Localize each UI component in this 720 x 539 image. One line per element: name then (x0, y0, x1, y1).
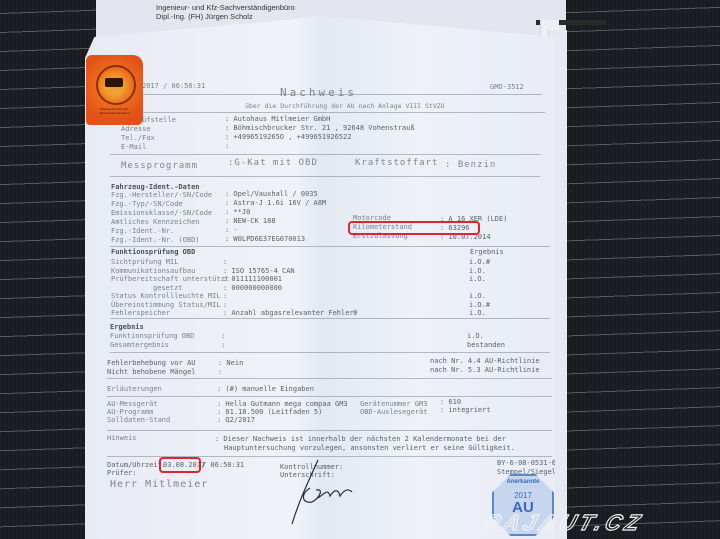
divider (110, 318, 550, 319)
field-label: Fzg.-Ident.-Nr. (OBD) (111, 236, 200, 244)
emission-sticker: Überwacht durch Kfz-Sachverständigenbüro (86, 55, 143, 125)
examiner-name: Herr Mitlmeier (110, 481, 208, 489)
obd-check-label: Sichtprüfung MIL (111, 258, 178, 266)
obd-check-value: : ISO 15765-4 CAN (223, 267, 295, 275)
field-label: Funktionsprüfung OBD (110, 332, 194, 340)
divider (110, 154, 540, 155)
obd-check-label: Übereinstimmung Status/MIL (111, 301, 221, 309)
obd-check-value: : Anzahl abgasrelevanter Fehler: (223, 309, 358, 317)
field-label: Nicht behobene Mängel (107, 368, 196, 376)
field-label: Gesamtergebnis (110, 341, 169, 349)
divider (105, 112, 545, 113)
divider (110, 352, 550, 353)
hint-text: Hauptuntersuchung vorzulegen, ansonsten … (224, 444, 515, 452)
field-value: : +4996519265O , +499651926522 (225, 133, 351, 141)
field-label: Fzg.-Ident.-Nr. (111, 227, 174, 235)
field-value: : Opel/Vauxhall / 0035 (225, 190, 318, 198)
document-subtitle: über die Durchführung der AU nach Anlage… (245, 102, 445, 110)
letterhead-line-1: Ingenieur- und Kfz-Sachverständigenbüro (156, 3, 295, 12)
field-value: : NEW-CK 188 (225, 217, 276, 225)
fault-count: 0 (353, 309, 357, 317)
field-value: : Autohaus Mitlmeier GmbH (225, 115, 330, 123)
regulation-note: nach Nr. 4.4 AU-Richtlinie (430, 357, 540, 365)
sticker-caption: Überwacht durch Kfz-Sachverständigenbüro (89, 107, 140, 115)
obd-check-result: i.O. (469, 309, 486, 317)
divider (107, 378, 552, 379)
overall-result: bestanden (467, 341, 505, 349)
obd-check-label: Status Kontrollleuchte MIL (111, 292, 221, 300)
hint-label: Hinweis (107, 434, 137, 442)
obd-check-label: Kommunikationsaufbau (111, 267, 195, 275)
field-value: : Q2/2017 (217, 416, 255, 424)
field-label: Amtliches Kennzeichen (111, 218, 200, 226)
regulation-note: nach Nr. 5.3 AU-Richtlinie (430, 366, 540, 374)
top-datetime: 2017 / 06:50:31 (142, 82, 205, 90)
field-label: AU-Programm (107, 408, 153, 416)
field-value: : (221, 341, 225, 349)
obd-check-value: : 011111100001 (223, 275, 282, 283)
obd-check-label: gesetzt (153, 284, 183, 292)
date-highlight-box (159, 457, 201, 473)
obd-check-result: i.O. (469, 292, 486, 300)
field-value: : - (225, 226, 238, 234)
field-label: Gerätenummer GM3 (360, 400, 427, 408)
obd-check-result: i.O.# (469, 258, 490, 266)
field-value: : (225, 142, 229, 150)
field-value: : (218, 368, 222, 376)
mileage-highlight-box (348, 221, 480, 235)
notes-label: Erläuterungen (107, 385, 162, 393)
letterhead: Ingenieur- und Kfz-Sachverständigenbüro … (156, 3, 295, 21)
signature (290, 458, 360, 528)
field-label: Emissionsklasse/-SN/Code (111, 209, 212, 217)
car-icon (105, 78, 123, 87)
obd-check-result: i.O.# (469, 301, 490, 309)
field-label: Solldaten-Stand (107, 416, 170, 424)
program-value: :G-Kat mit OBD (228, 159, 318, 167)
obd-check-label: Fehlerspeicher (111, 309, 170, 317)
vehicle-heading: Fahrzeug-Ident.-Daten (111, 183, 200, 191)
field-label: E-Mail (121, 143, 146, 151)
field-label: Adresse (121, 125, 151, 133)
hint-text: : Dieser Nachweis ist innerhalb der näch… (215, 435, 506, 443)
obd-check-value: : (223, 301, 227, 309)
divider (107, 430, 552, 431)
divider (110, 246, 550, 247)
field-value: : Böhmischbrucker Str. 21 , 92648 Vohens… (225, 124, 415, 132)
fuel-label: Kraftstoffart (355, 159, 438, 167)
obd-check-value: : (223, 258, 227, 266)
program-label: Messprogramm (121, 162, 198, 170)
field-value: : Hella Gutmann mega compaa GM3 (217, 400, 348, 408)
obd-check-value: : (223, 292, 227, 300)
obd-check-label: Prüfbereitschaft unterstützt (111, 275, 229, 283)
field-value: : Nein (218, 359, 243, 367)
field-label: Fehlerbehebung vor AU (107, 359, 196, 367)
notes-value: : (#) manuelle Eingaben (217, 385, 314, 393)
document-title: Nachweis (280, 89, 357, 97)
field-value: : W0LPD6E37EG070013 (225, 235, 305, 243)
stamp-code: BY-6-08-0531-63 (497, 459, 560, 467)
field-value: : 01.18.500 (Leitfaden 5) (217, 408, 322, 416)
fuel-value: : Benzin (445, 161, 496, 169)
obd-check-result: i.O. (469, 267, 486, 275)
date-label: Datum/Uhrzeit: (107, 461, 166, 469)
field-value: : (221, 332, 225, 340)
result-heading: Ergebnis (110, 323, 144, 331)
obd-result-heading: Ergebnis (470, 248, 504, 256)
device-code: GMO-3512 (490, 83, 524, 91)
field-label: Tel./Fax (121, 134, 155, 142)
test-time: / 06:50:31 (202, 461, 244, 469)
letterhead-line-2: Dipl.-Ing. (FH) Jürgen Scholz (156, 12, 295, 21)
field-label: Fzg.-Hersteller/-SN/Code (111, 191, 212, 199)
field-label: OBD-Auslesegerät (360, 408, 427, 416)
obd-check-value: : 000000000000 (223, 284, 282, 292)
field-label: AU-Messgerät (107, 400, 158, 408)
field-label: Fzg.-Typ/-SN/Code (111, 200, 183, 208)
divider (110, 176, 540, 177)
field-value: : 610 (440, 398, 461, 406)
field-value: : Astra-J 1.6i 16V / A8M (225, 199, 326, 207)
watermark: RAJAUT.CZ (480, 510, 647, 536)
field-value: : **J0 (225, 208, 250, 216)
examiner-label: Prüfer: (107, 469, 137, 477)
divider (107, 396, 552, 397)
obd-check-result: i.O. (469, 275, 486, 283)
result-value: i.O. (467, 332, 484, 340)
obd-heading: Funktionsprüfung OBD (111, 248, 195, 256)
field-value: : integriert (440, 406, 491, 414)
